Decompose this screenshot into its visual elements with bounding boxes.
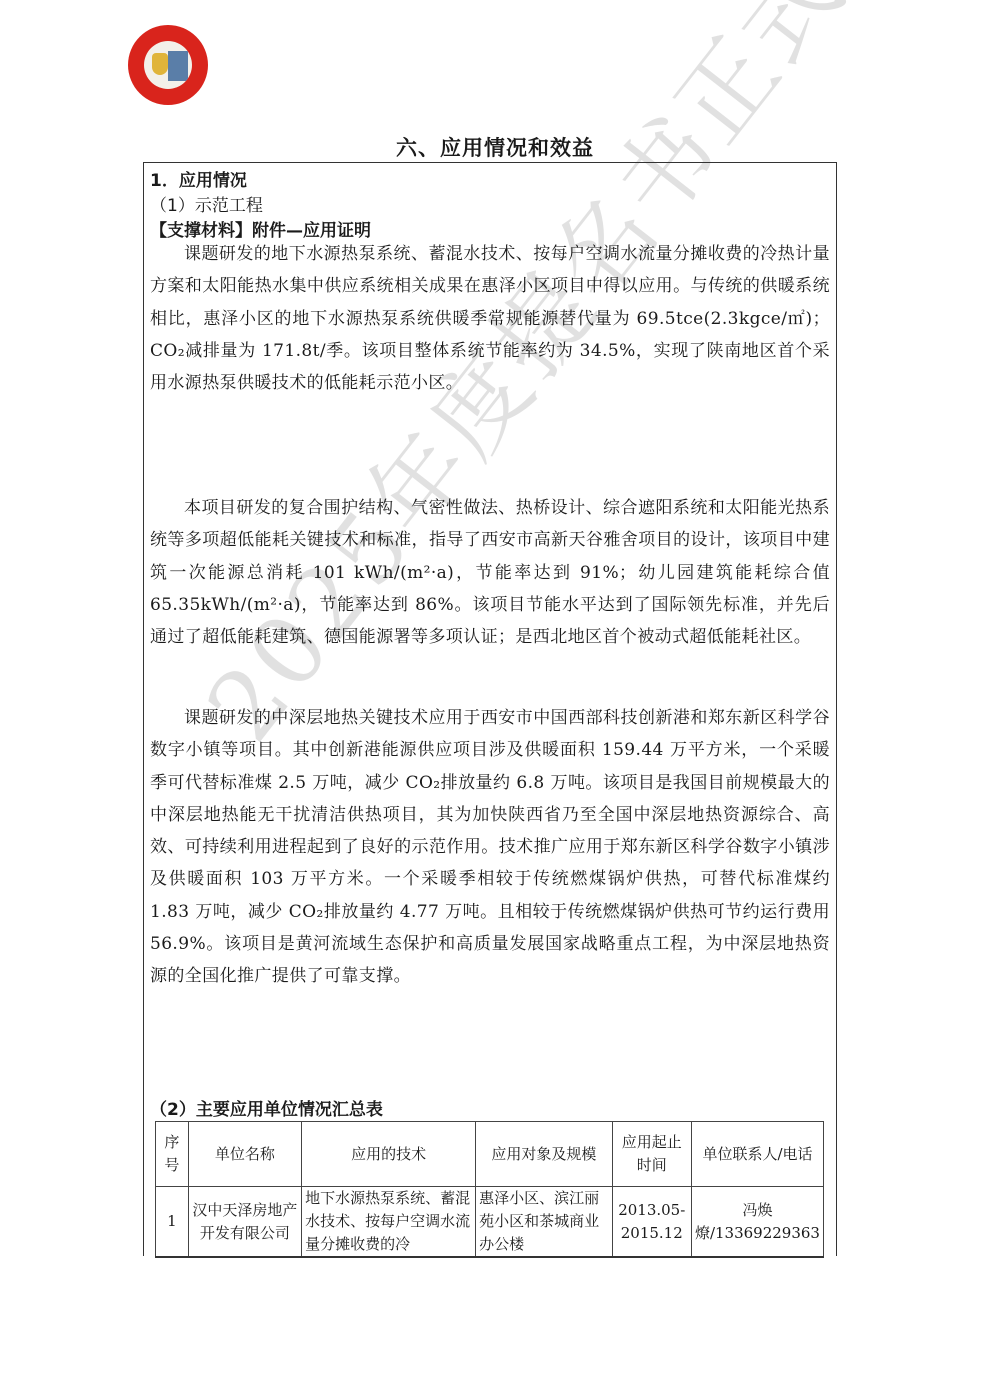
seal-emblem-icon [144, 41, 192, 89]
cell-technology: 地下水源热泵系统、蓄混水技术、按每户空调水流量分摊收费的冷 [302, 1187, 476, 1258]
trophy-icon [152, 53, 168, 75]
page-title: 六、应用情况和效益 [0, 132, 990, 162]
application-units-table: 序号 单位名称 应用的技术 应用对象及规模 应用起止时间 单位联系人/电话 1 … [155, 1121, 824, 1258]
paragraph-huize: 课题研发的地下水源热泵系统、蓄混水技术、按每户空调水流量分摊收费的冷热计量方案和… [150, 238, 830, 399]
cell-contact: 冯焕燎/13369229363 [691, 1187, 823, 1258]
column-header-target: 应用对象及规模 [476, 1122, 612, 1187]
section-subheading: （1）示范工程 [150, 191, 263, 216]
paragraph-geothermal: 课题研发的中深层地热关键技术应用于西安市中国西部科技创新港和郑东新区科学谷数字小… [150, 702, 830, 993]
cell-target: 惠泽小区、滨江丽苑小区和茶城商业办公楼 [476, 1187, 612, 1258]
column-header-period: 应用起止时间 [612, 1122, 691, 1187]
cell-unit: 汉中天泽房地产开发有限公司 [188, 1187, 301, 1258]
organization-seal-logo [128, 25, 208, 105]
table-header-row: 序号 单位名称 应用的技术 应用对象及规模 应用起止时间 单位联系人/电话 [156, 1122, 824, 1187]
table-heading: （2）主要应用单位情况汇总表 [150, 1095, 383, 1120]
section-heading: 1．应用情况 [150, 166, 247, 191]
table-row: 1 汉中天泽房地产开发有限公司 地下水源热泵系统、蓄混水技术、按每户空调水流量分… [156, 1187, 824, 1258]
cell-period: 2013.05-2015.12 [612, 1187, 691, 1258]
column-header-technology: 应用的技术 [302, 1122, 476, 1187]
building-icon [168, 51, 188, 81]
cell-index: 1 [156, 1187, 189, 1258]
column-header-index: 序号 [156, 1122, 189, 1187]
column-header-contact: 单位联系人/电话 [691, 1122, 823, 1187]
column-header-unit: 单位名称 [188, 1122, 301, 1187]
paragraph-tiangu: 本项目研发的复合围护结构、气密性做法、热桥设计、综合遮阳系统和太阳能光热系统等多… [150, 492, 830, 653]
